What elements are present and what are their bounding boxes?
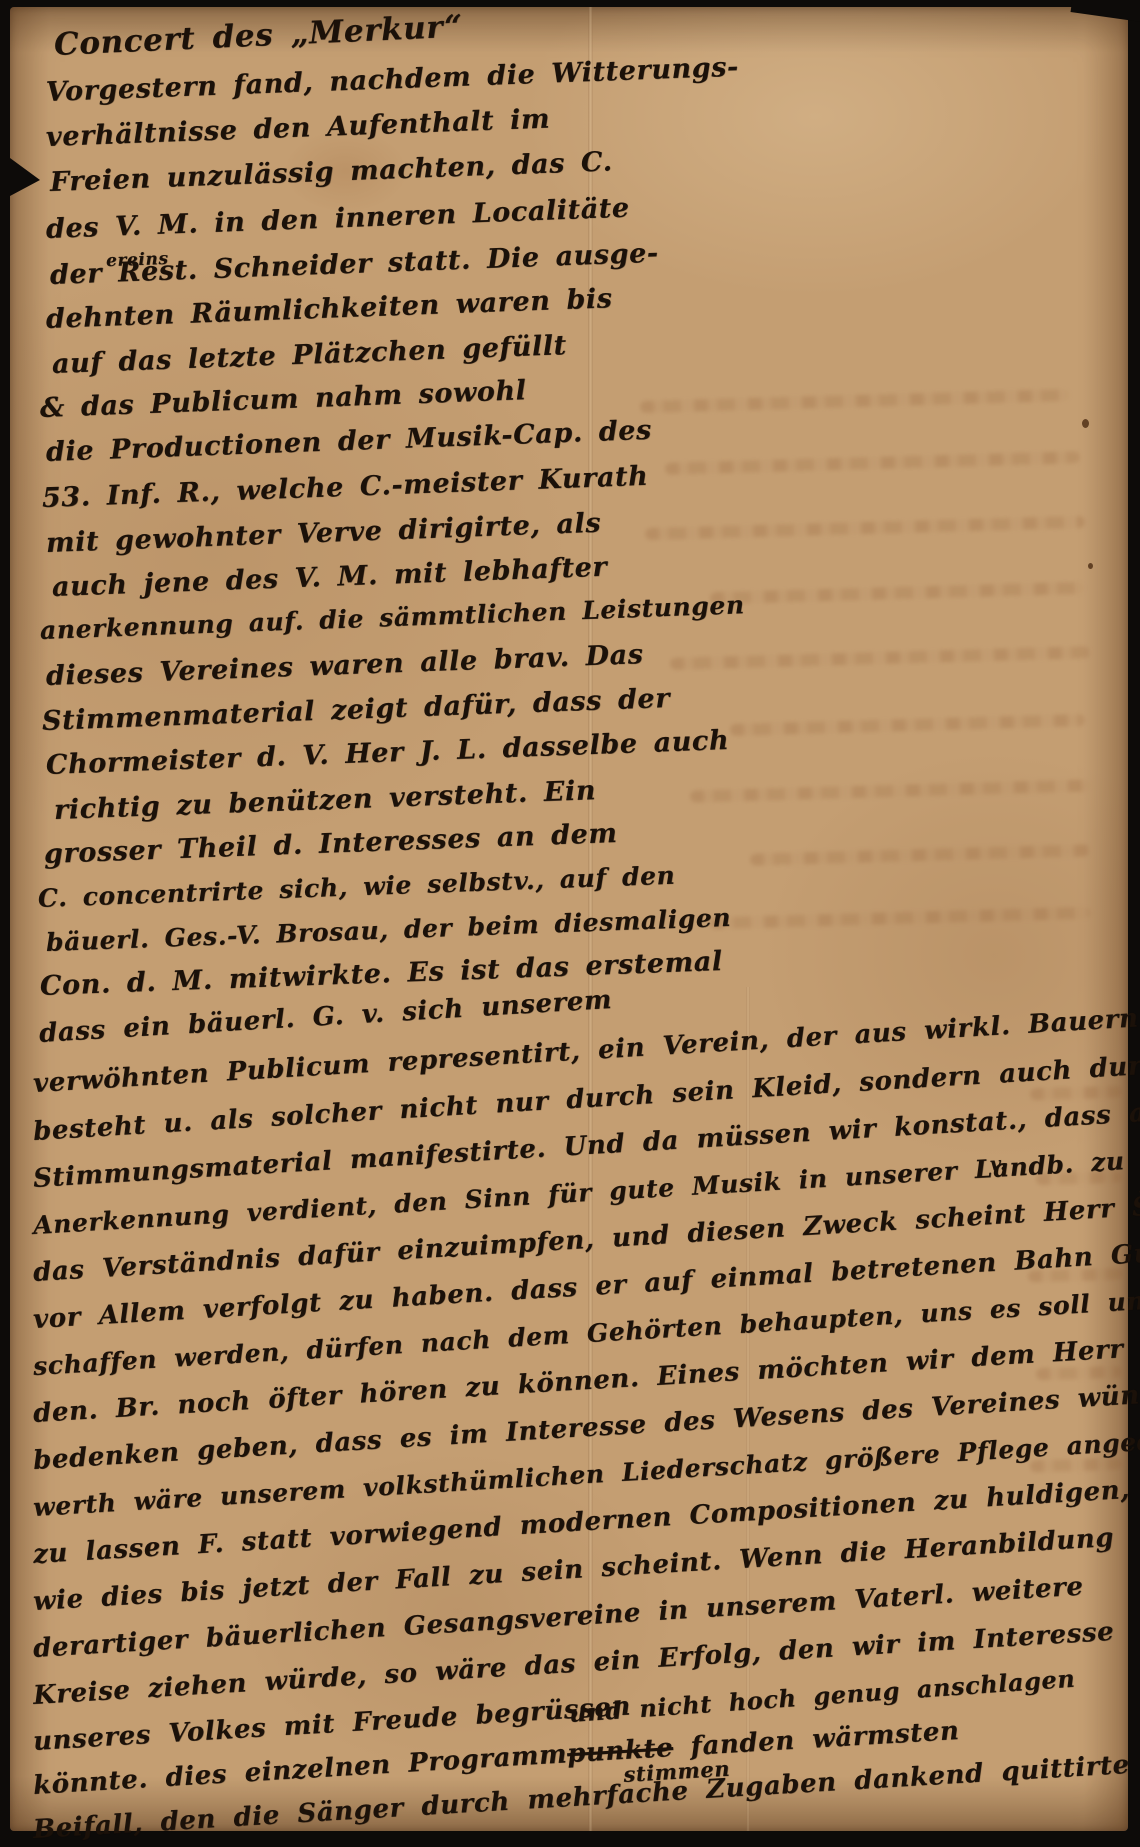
bleed-through-line xyxy=(710,582,1085,604)
manuscript-line: dehnten Räumlichkeiten waren bis xyxy=(45,283,613,335)
manuscript-line: Stimmenmaterial zeigt dafür, dass der xyxy=(41,683,670,737)
manuscript-line: Con. d. M. mitwirkte. Es ist das erstema… xyxy=(39,946,723,1002)
manuscript-line: auf das letzte Plätzchen gefüllt xyxy=(51,330,567,380)
bleed-through-line xyxy=(645,516,1085,540)
manuscript-line: 53. Inf. R., welche C.-meister Kurath xyxy=(41,461,648,514)
manuscript-line: des V. M. in den inneren Localitäte xyxy=(45,193,630,245)
manuscript-paper: Concert des „Merkur“ Vorgestern fand, na… xyxy=(10,7,1128,1831)
bleed-through-line xyxy=(640,389,1070,413)
bleed-through-line xyxy=(710,907,1090,930)
manuscript-line: C. concentrirte sich, wie selbstv., auf … xyxy=(37,861,675,913)
manuscript-line: der Rest. Schneider statt. Die ausge- xyxy=(49,238,659,291)
scan-corner-notch xyxy=(1071,0,1140,22)
manuscript-line: Freien unzulässig machten, das C. xyxy=(49,146,613,198)
ink-speck xyxy=(1088,563,1093,569)
manuscript-line: verhältnisse den Aufenthalt im xyxy=(45,104,550,153)
manuscript-line: Chormeister d. V. Her J. L. dasselbe auc… xyxy=(45,725,729,781)
bleed-through-line xyxy=(670,646,1090,670)
bleed-through-line xyxy=(665,451,1080,475)
bleed-through-line xyxy=(690,779,1090,802)
manuscript-line: die Productionen der Musik-Cap. des xyxy=(45,415,652,468)
manuscript-line: mit gewohnter Verve dirigirte, als xyxy=(45,508,601,559)
manuscript-line: dieses Vereines waren alle brav. Das xyxy=(45,639,644,692)
manuscript-line: grosser Theil d. Interesses an dem xyxy=(43,818,618,870)
manuscript-line: & das Publicum nahm sowohl xyxy=(39,375,527,424)
manuscript-line: richtig zu benützen versteht. Ein xyxy=(53,775,596,826)
manuscript-line: Vorgestern fand, nachdem die Witterungs- xyxy=(45,52,739,108)
manuscript-line: auch jene des V. M. mit lebhafter xyxy=(51,552,607,603)
ink-speck xyxy=(1082,419,1089,428)
title-line: Concert des „Merkur“ xyxy=(53,8,463,63)
bleed-through-line xyxy=(1030,1086,1122,1101)
interline-insertion: v. xyxy=(989,1152,1007,1175)
bleed-through-line xyxy=(750,844,1090,865)
paper-tear-notch xyxy=(10,158,40,196)
bleed-through-line xyxy=(730,714,1085,736)
